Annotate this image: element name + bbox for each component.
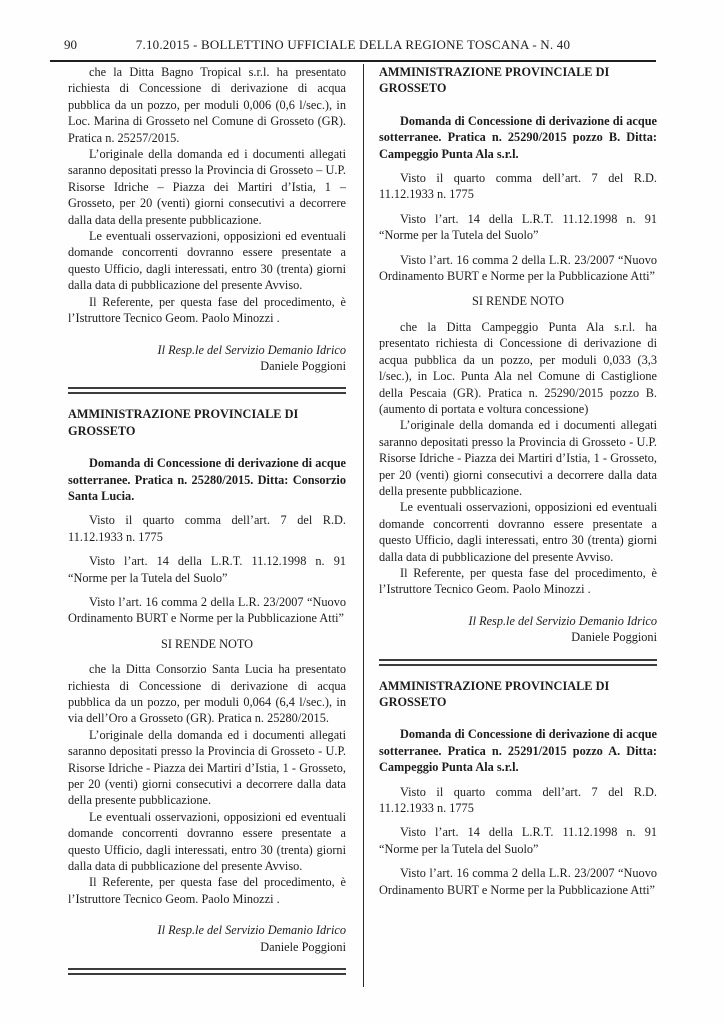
body-paragraph: Le eventuali osservazioni, opposizioni e… — [379, 499, 657, 565]
visto-paragraph: Visto l’art. 14 della L.R.T. 11.12.1998 … — [379, 824, 657, 857]
visto-paragraph: Visto l’art. 16 comma 2 della L.R. 23/20… — [379, 865, 657, 898]
notice-subject: Domanda di Concessione di derivazione di… — [68, 455, 346, 504]
visto-paragraph: Visto il quarto comma dell’art. 7 del R.… — [379, 170, 657, 203]
visto-paragraph: Visto il quarto comma dell’art. 7 del R.… — [68, 512, 346, 545]
visto-paragraph: Visto l’art. 16 comma 2 della L.R. 23/20… — [379, 252, 657, 285]
right-column: AMMINISTRAZIONE PROVINCIALE DI GROSSETOD… — [379, 64, 657, 987]
body-paragraph: che la Ditta Consorzio Santa Lucia ha pr… — [68, 661, 346, 727]
signature-name: Daniele Poggioni — [68, 358, 346, 374]
bulletin-page: 90 7.10.2015 - BOLLETTINO UFFICIALE DELL… — [0, 0, 724, 1024]
visto-paragraph: Visto l’art. 14 della L.R.T. 11.12.1998 … — [379, 211, 657, 244]
column-separator — [363, 64, 364, 987]
signature-name: Daniele Poggioni — [68, 939, 346, 955]
section-divider — [68, 387, 346, 394]
notice-subject: Domanda di Concessione di derivazione di… — [379, 113, 657, 162]
section-heading: AMMINISTRAZIONE PROVINCIALE DI GROSSETO — [379, 678, 657, 711]
body-paragraph: che la Ditta Bagno Tropical s.r.l. ha pr… — [68, 64, 346, 146]
page-header: 90 7.10.2015 - BOLLETTINO UFFICIALE DELL… — [50, 28, 656, 62]
bulletin-title: 7.10.2015 - BOLLETTINO UFFICIALE DELLA R… — [50, 37, 656, 53]
body-paragraph: L’originale della domanda ed i documenti… — [68, 727, 346, 809]
section-heading: AMMINISTRAZIONE PROVINCIALE DI GROSSETO — [379, 64, 657, 97]
section-divider — [68, 968, 346, 975]
visto-paragraph: Visto il quarto comma dell’art. 7 del R.… — [379, 784, 657, 817]
signature-name: Daniele Poggioni — [379, 629, 657, 645]
visto-paragraph: Visto l’art. 16 comma 2 della L.R. 23/20… — [68, 594, 346, 627]
body-paragraph: L’originale della domanda ed i documenti… — [68, 146, 346, 228]
body-paragraph: che la Ditta Campeggio Punta Ala s.r.l. … — [379, 319, 657, 417]
signature-role: Il Resp.le del Servizio Demanio Idrico — [68, 922, 346, 938]
visto-paragraph: Visto l’art. 14 della L.R.T. 11.12.1998 … — [68, 553, 346, 586]
left-column: che la Ditta Bagno Tropical s.r.l. ha pr… — [68, 64, 346, 987]
body-paragraph: Il Referente, per questa fase del proced… — [68, 294, 346, 327]
si-rende-noto-label: SI RENDE NOTO — [68, 636, 346, 652]
body-paragraph: Il Referente, per questa fase del proced… — [379, 565, 657, 598]
signature-role: Il Resp.le del Servizio Demanio Idrico — [379, 613, 657, 629]
signature-role: Il Resp.le del Servizio Demanio Idrico — [68, 342, 346, 358]
two-column-content: che la Ditta Bagno Tropical s.r.l. ha pr… — [68, 64, 657, 987]
section-divider — [379, 659, 657, 666]
body-paragraph: Le eventuali osservazioni, opposizioni e… — [68, 228, 346, 294]
body-paragraph: Le eventuali osservazioni, opposizioni e… — [68, 809, 346, 875]
body-paragraph: Il Referente, per questa fase del proced… — [68, 874, 346, 907]
section-heading: AMMINISTRAZIONE PROVINCIALE DI GROSSETO — [68, 406, 346, 439]
si-rende-noto-label: SI RENDE NOTO — [379, 293, 657, 309]
body-paragraph: L’originale della domanda ed i documenti… — [379, 417, 657, 499]
notice-subject: Domanda di Concessione di derivazione di… — [379, 726, 657, 775]
